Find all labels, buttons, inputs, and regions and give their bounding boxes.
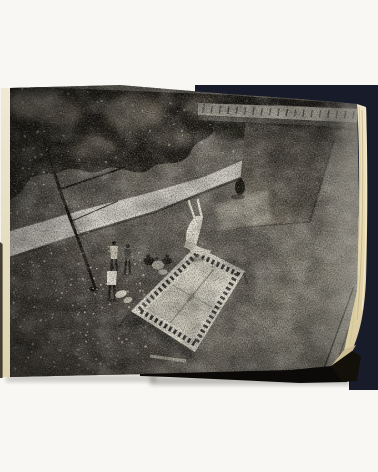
book-spread-svg [0,0,378,472]
photobook-photo [0,0,378,472]
page-fore-edge-left [0,88,10,378]
printed-photograph [0,83,378,415]
film-grain-overlay [9,83,361,379]
